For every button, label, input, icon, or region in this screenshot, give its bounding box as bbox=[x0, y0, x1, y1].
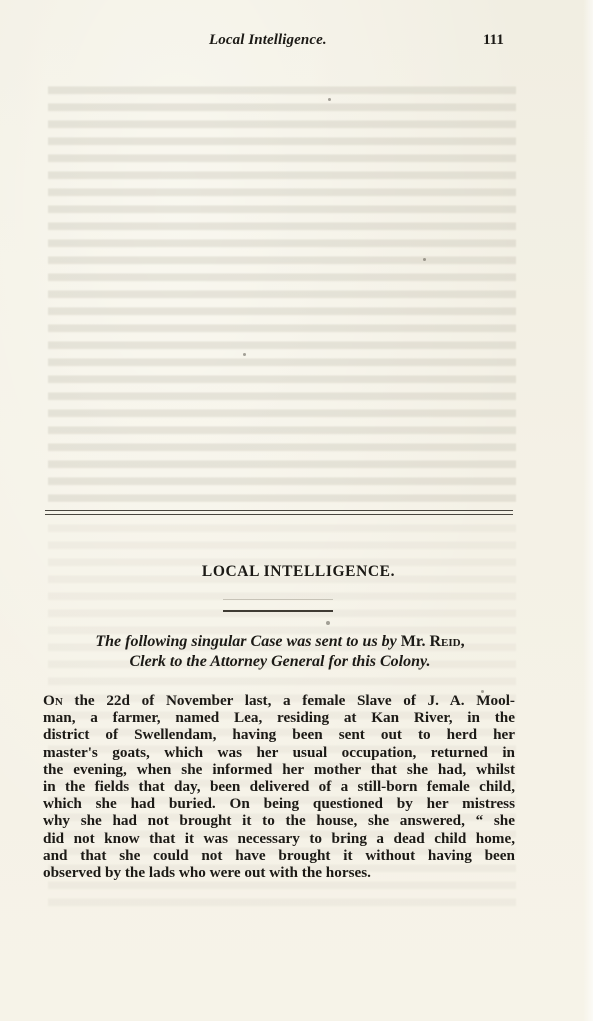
heading-underline-rule bbox=[223, 610, 333, 612]
body-line: district of Swellendam, having been sent… bbox=[43, 726, 515, 743]
heading-rule-bleed bbox=[223, 599, 333, 600]
scanned-page: Local Intelligence. 111 LOCAL INTELLIGEN… bbox=[0, 0, 593, 1021]
body-line: which she had buried. On being questione… bbox=[43, 795, 515, 812]
section-heading: LOCAL INTELLIGENCE. bbox=[0, 563, 593, 581]
intro-text: The following singular Case was sent to … bbox=[95, 633, 400, 650]
intro-author-name: Reid, bbox=[430, 633, 465, 650]
body-line: master's goats, which was her usual occu… bbox=[43, 744, 515, 761]
body-line: the evening, when she informed her mothe… bbox=[43, 761, 515, 778]
reverse-page-bleed-through-upper bbox=[48, 82, 516, 502]
paper-speck bbox=[481, 690, 484, 693]
running-head-title: Local Intelligence. bbox=[209, 32, 327, 49]
article-intro: The following singular Case was sent to … bbox=[45, 632, 515, 672]
page-edge bbox=[583, 0, 593, 1021]
page-number: 111 bbox=[483, 32, 504, 49]
body-line: why she had not brought it to the house,… bbox=[43, 812, 515, 829]
body-line: observed by the lads who were out with t… bbox=[43, 864, 515, 881]
intro-title-prefix: Mr. bbox=[401, 633, 430, 650]
paper-speck bbox=[243, 353, 246, 356]
intro-line-1: The following singular Case was sent to … bbox=[45, 632, 515, 652]
intro-line-2: Clerk to the Attorney General for this C… bbox=[45, 652, 515, 672]
section-divider-double-rule bbox=[45, 510, 513, 515]
paper-speck bbox=[423, 258, 426, 261]
body-line: in the fields that day, been delivered o… bbox=[43, 778, 515, 795]
running-head: Local Intelligence. 111 bbox=[0, 32, 593, 52]
opening-word: On bbox=[43, 692, 63, 709]
paper-speck bbox=[328, 98, 331, 101]
body-line: and that she could not have brought it w… bbox=[43, 847, 515, 864]
body-line: man, a farmer, named Lea, residing at Ka… bbox=[43, 709, 515, 726]
article-body: On the 22d of November last, a female Sl… bbox=[43, 692, 515, 881]
paper-speck bbox=[326, 621, 330, 625]
body-line: did not know that it was necessary to br… bbox=[43, 830, 515, 847]
body-line: On the 22d of November last, a female Sl… bbox=[43, 692, 515, 709]
